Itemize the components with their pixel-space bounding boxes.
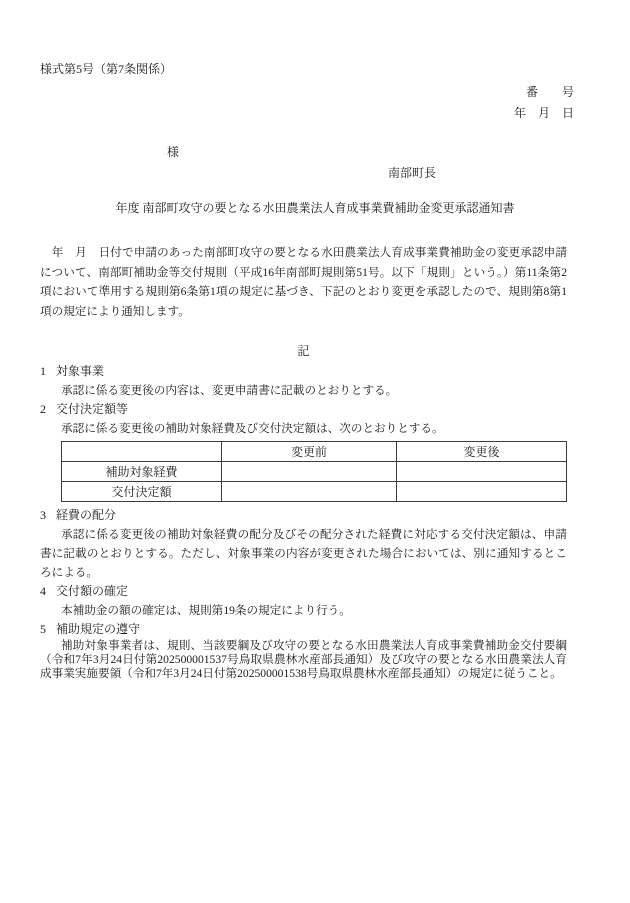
section-body: 補助対象事業者は、規則、当該要綱及び攻守の要となる水田農業法人育成事業費補助金交… — [40, 639, 567, 681]
sender-line: 南部町長 — [388, 165, 436, 181]
section-number: 1 — [40, 362, 56, 381]
section-keihi-haibun: 3経費の配分 承認に係る変更後の補助対象経費の配分及びその配分された経費に対応す… — [40, 506, 567, 582]
cell-after — [397, 461, 567, 481]
section-title: 補助規定の遵守 — [56, 622, 140, 636]
form-number-label: 様式第5号（第7条関係） — [40, 61, 172, 77]
table-header-before: 変更前 — [222, 441, 397, 461]
ki-marker: 記 — [40, 343, 567, 359]
cell-after — [397, 481, 567, 501]
section-title: 交付決定額等 — [56, 402, 128, 416]
section-number: 5 — [40, 620, 56, 639]
section-heading: 2交付決定額等 — [40, 400, 567, 419]
section-heading: 5補助規定の遵守 — [40, 620, 567, 639]
table-row-hojo-taisho-keihi: 補助対象経費 — [62, 461, 567, 481]
section-title: 交付額の確定 — [56, 584, 128, 598]
table-header-after: 変更後 — [397, 441, 567, 461]
section-body: 本補助金の額の確定は、規則第19条の規定により行う。 — [40, 601, 567, 620]
table-header-row: 変更前 変更後 — [62, 441, 567, 461]
section-body: 承認に係る変更後の補助対象経費及び交付決定額は、次のとおりとする。 — [40, 419, 567, 438]
document-number-line: 番 号 — [526, 84, 574, 100]
section-number: 3 — [40, 506, 56, 525]
table-row-kofu-ketteigaku: 交付決定額 — [62, 481, 567, 501]
section-hojo-kitei-junshu: 5補助規定の遵守 補助対象事業者は、規則、当該要綱及び攻守の要となる水田農業法人… — [40, 620, 567, 681]
section-heading: 3経費の配分 — [40, 506, 567, 525]
section-title: 対象事業 — [56, 364, 104, 378]
table-corner-cell — [62, 441, 222, 461]
cell-before — [222, 481, 397, 501]
section-kofu-ketteigaku: 2交付決定額等 承認に係る変更後の補助対象経費及び交付決定額は、次のとおりとする… — [40, 400, 567, 502]
section-number: 4 — [40, 582, 56, 601]
addressee-line: 様 — [167, 144, 179, 160]
section-number: 2 — [40, 400, 56, 419]
row-label: 交付決定額 — [62, 481, 222, 501]
document-date-line: 年 月 日 — [514, 105, 574, 121]
document-title: 年度 南部町攻守の要となる水田農業法人育成事業費補助金変更承認通知書 — [0, 200, 630, 217]
section-taisho-jigyo: 1対象事業 承認に係る変更後の内容は、変更申請書に記載のとおりとする。 — [40, 362, 567, 400]
section-body: 承認に係る変更後の内容は、変更申請書に記載のとおりとする。 — [40, 381, 567, 400]
section-heading: 4交付額の確定 — [40, 582, 567, 601]
section-title: 経費の配分 — [56, 508, 116, 522]
document-page: 様式第5号（第7条関係） 番 号 年 月 日 様 南部町長 年度 南部町攻守の要… — [0, 0, 630, 903]
cell-before — [222, 461, 397, 481]
row-label: 補助対象経費 — [62, 461, 222, 481]
section-body: 承認に係る変更後の補助対象経費の配分及びその配分された経費に対応する交付決定額は… — [40, 525, 567, 582]
document-body: 年 月 日付で申請のあった南部町攻守の要となる水田農業法人育成事業費補助金の変更… — [40, 243, 567, 681]
opening-paragraph: 年 月 日付で申請のあった南部町攻守の要となる水田農業法人育成事業費補助金の変更… — [40, 243, 567, 322]
section-kofugaku-kakutei: 4交付額の確定 本補助金の額の確定は、規則第19条の規定により行う。 — [40, 582, 567, 620]
section-heading: 1対象事業 — [40, 362, 567, 381]
amount-change-table: 変更前 変更後 補助対象経費 交付決定額 — [61, 441, 567, 502]
